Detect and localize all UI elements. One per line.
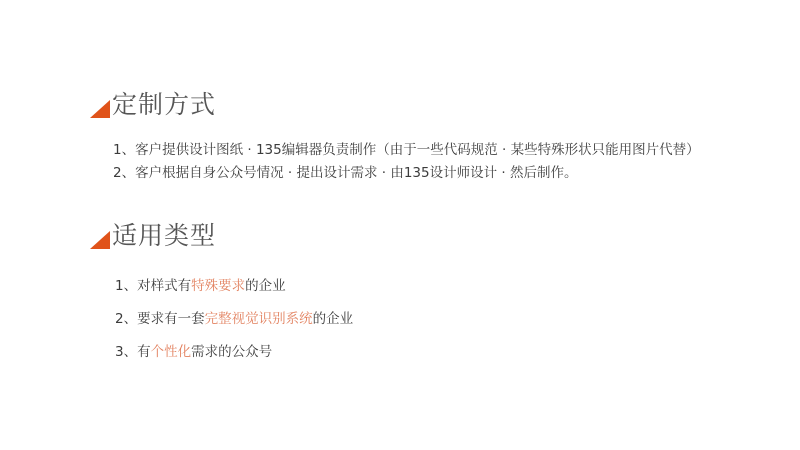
section-heading-applicable-types: 适用类型: [90, 220, 216, 252]
list-item: 1、客户提供设计图纸 · 135编辑器负责制作（由于一些代码规范 · 某些特殊形…: [113, 140, 700, 160]
section-heading-customization: 定制方式: [90, 89, 216, 121]
list-item: 1、对样式有特殊要求的企业: [115, 276, 286, 296]
item-number: 1: [113, 142, 122, 158]
item-prefix: 、要求有一套: [124, 311, 205, 327]
item-suffix: 需求的公众号: [191, 344, 272, 360]
list-item: 2、客户根据自身公众号情况 · 提出设计需求 · 由135设计师设计 · 然后制…: [113, 163, 577, 183]
item-suffix: 的企业: [313, 311, 354, 327]
item-text: 、客户根据自身公众号情况 · 提出设计需求 · 由135设计师设计 · 然后制作…: [122, 165, 578, 181]
item-prefix: 、对样式有: [124, 278, 192, 294]
triangle-bullet-icon: [90, 231, 110, 249]
item-number: 3: [115, 344, 124, 360]
item-number: 2: [115, 311, 124, 327]
list-item: 3、有个性化需求的公众号: [115, 342, 272, 362]
heading-text: 适用类型: [112, 220, 216, 252]
triangle-bullet-icon: [90, 100, 110, 118]
highlighted-text: 完整视觉识别系统: [205, 311, 313, 327]
item-number: 1: [115, 278, 124, 294]
item-number: 2: [113, 165, 122, 181]
list-item: 2、要求有一套完整视觉识别系统的企业: [115, 309, 353, 329]
item-text: 、客户提供设计图纸 · 135编辑器负责制作（由于一些代码规范 · 某些特殊形状…: [122, 142, 700, 158]
item-suffix: 的企业: [245, 278, 286, 294]
highlighted-text: 特殊要求: [191, 278, 245, 294]
item-prefix: 、有: [124, 344, 151, 360]
heading-text: 定制方式: [112, 89, 216, 121]
highlighted-text: 个性化: [151, 344, 192, 360]
